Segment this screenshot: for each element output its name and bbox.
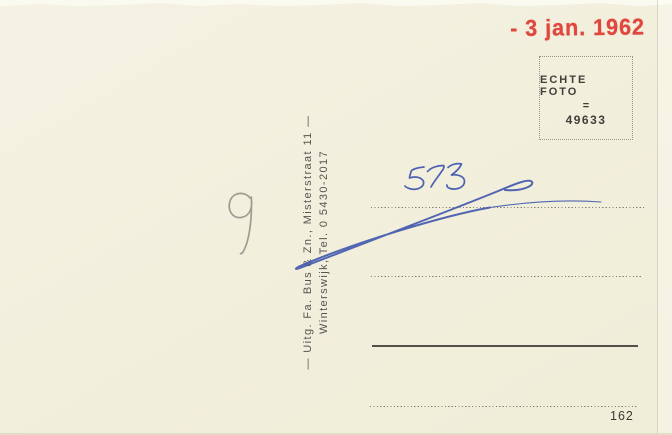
ink-swoosh-stroke bbox=[296, 181, 601, 269]
echte-foto-stamp-box: ECHTE FOTO = 49633 bbox=[539, 56, 633, 140]
publisher-line-2: Winterswijk, Tel. 0 5430-2017 bbox=[316, 114, 332, 370]
publisher-imprint: — Uitg. Fa. Bus & Zn., Misterstraat 11 —… bbox=[300, 114, 334, 370]
address-line-4 bbox=[370, 406, 638, 407]
handwritten-ink-573: 573 bbox=[405, 164, 465, 190]
echte-foto-label: ECHTE FOTO bbox=[540, 74, 632, 98]
photo-stamp-number: 49633 bbox=[566, 113, 607, 127]
address-line-1 bbox=[371, 207, 645, 208]
scan-right-crease bbox=[657, 0, 658, 435]
card-number: 162 bbox=[610, 409, 634, 423]
scan-right-band bbox=[658, 0, 672, 435]
scan-top-edge bbox=[0, 0, 672, 7]
postcard-back: - 3 jan. 1962 ECHTE FOTO = 49633 — Uitg.… bbox=[0, 0, 672, 435]
date-stamp: - 3 jan. 1962 bbox=[510, 13, 663, 42]
publisher-line-1: — Uitg. Fa. Bus & Zn., Misterstraat 11 — bbox=[300, 114, 316, 370]
handwritten-pencil-9: 9 bbox=[229, 193, 251, 253]
equals-mark: = bbox=[583, 100, 589, 112]
address-line-3 bbox=[372, 345, 638, 347]
address-line-2 bbox=[371, 276, 643, 277]
